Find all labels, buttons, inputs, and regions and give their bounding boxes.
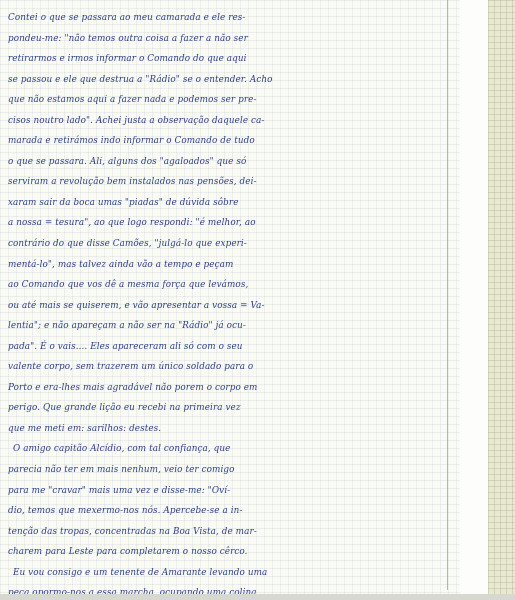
manuscript-line: retirarmos e irmos informar o Comando do…	[8, 49, 450, 70]
right-margin-strip	[460, 0, 488, 596]
underlying-grid-page	[488, 0, 515, 600]
manuscript-line: valente corpo, sem trazerem um único sol…	[8, 357, 450, 378]
page-bottom-edge	[0, 594, 515, 600]
manuscript-line: xaram sair da boca umas "piadas" de dúvi…	[8, 193, 450, 214]
manuscript-line: mentá-lo", mas talvez ainda vão a tempo …	[8, 255, 450, 276]
manuscript-line: serviram a revolução bem instalados nas …	[8, 172, 450, 193]
manuscript-line: cisos noutro lado". Achei justa a observ…	[8, 111, 450, 132]
manuscript-line: Eu vou consigo e um tenente de Amarante …	[8, 563, 450, 584]
manuscript-line: a nossa = tesura", ao que logo respondi:…	[8, 213, 450, 234]
manuscript-line: o que se passara. Ali, alguns dos "agalo…	[8, 152, 450, 173]
grid-paper-sheet: Contei o que se passara ao meu camarada …	[0, 0, 488, 596]
manuscript-line: tenção das tropas, concentradas na Boa V…	[8, 522, 450, 543]
manuscript-line: que me meti em: sarilhos: destes.	[8, 419, 450, 440]
manuscript-line: O amigo capitão Alcídio, com tal confian…	[8, 439, 450, 460]
manuscript-line: que não estamos aqui a fazer nada e pode…	[8, 90, 450, 111]
manuscript-line: pondeu-me: "não temos outra coisa a faze…	[8, 29, 450, 50]
handwritten-text: Contei o que se passara ao meu camarada …	[8, 8, 450, 600]
manuscript-line: parecia não ter em mais nenhum, veio ter…	[8, 460, 450, 481]
manuscript-line: se passou e ele que destrua a "Rádio" se…	[8, 70, 450, 91]
manuscript-line: perigo. Que grande lição eu recebi na pr…	[8, 398, 450, 419]
manuscript-line: Porto e era-lhes mais agradável não pore…	[8, 378, 450, 399]
manuscript-line: marada e retirámos indo informar o Coman…	[8, 131, 450, 152]
manuscript-line: lentia"; e não apareçam a não ser na "Rá…	[8, 316, 450, 337]
manuscript-line: charem para Leste para completarem o nos…	[8, 542, 450, 563]
manuscript-line: dio, temos que mexermo-nos nós. Apercebe…	[8, 501, 450, 522]
manuscript-line: pada". É o vais.... Eles apareceram ali …	[8, 337, 450, 358]
manuscript-line: ao Comando que vos dê a mesma força que …	[8, 275, 450, 296]
manuscript-line: para me "cravar" mais uma vez e disse-me…	[8, 481, 450, 502]
manuscript-line: ou até mais se quiserem, e vão apresenta…	[8, 296, 450, 317]
scanned-notebook-page: Contei o que se passara ao meu camarada …	[0, 0, 515, 600]
manuscript-line: Contei o que se passara ao meu camarada …	[8, 8, 450, 29]
manuscript-line: contrário do que disse Camões, "julgá-lo…	[8, 234, 450, 255]
